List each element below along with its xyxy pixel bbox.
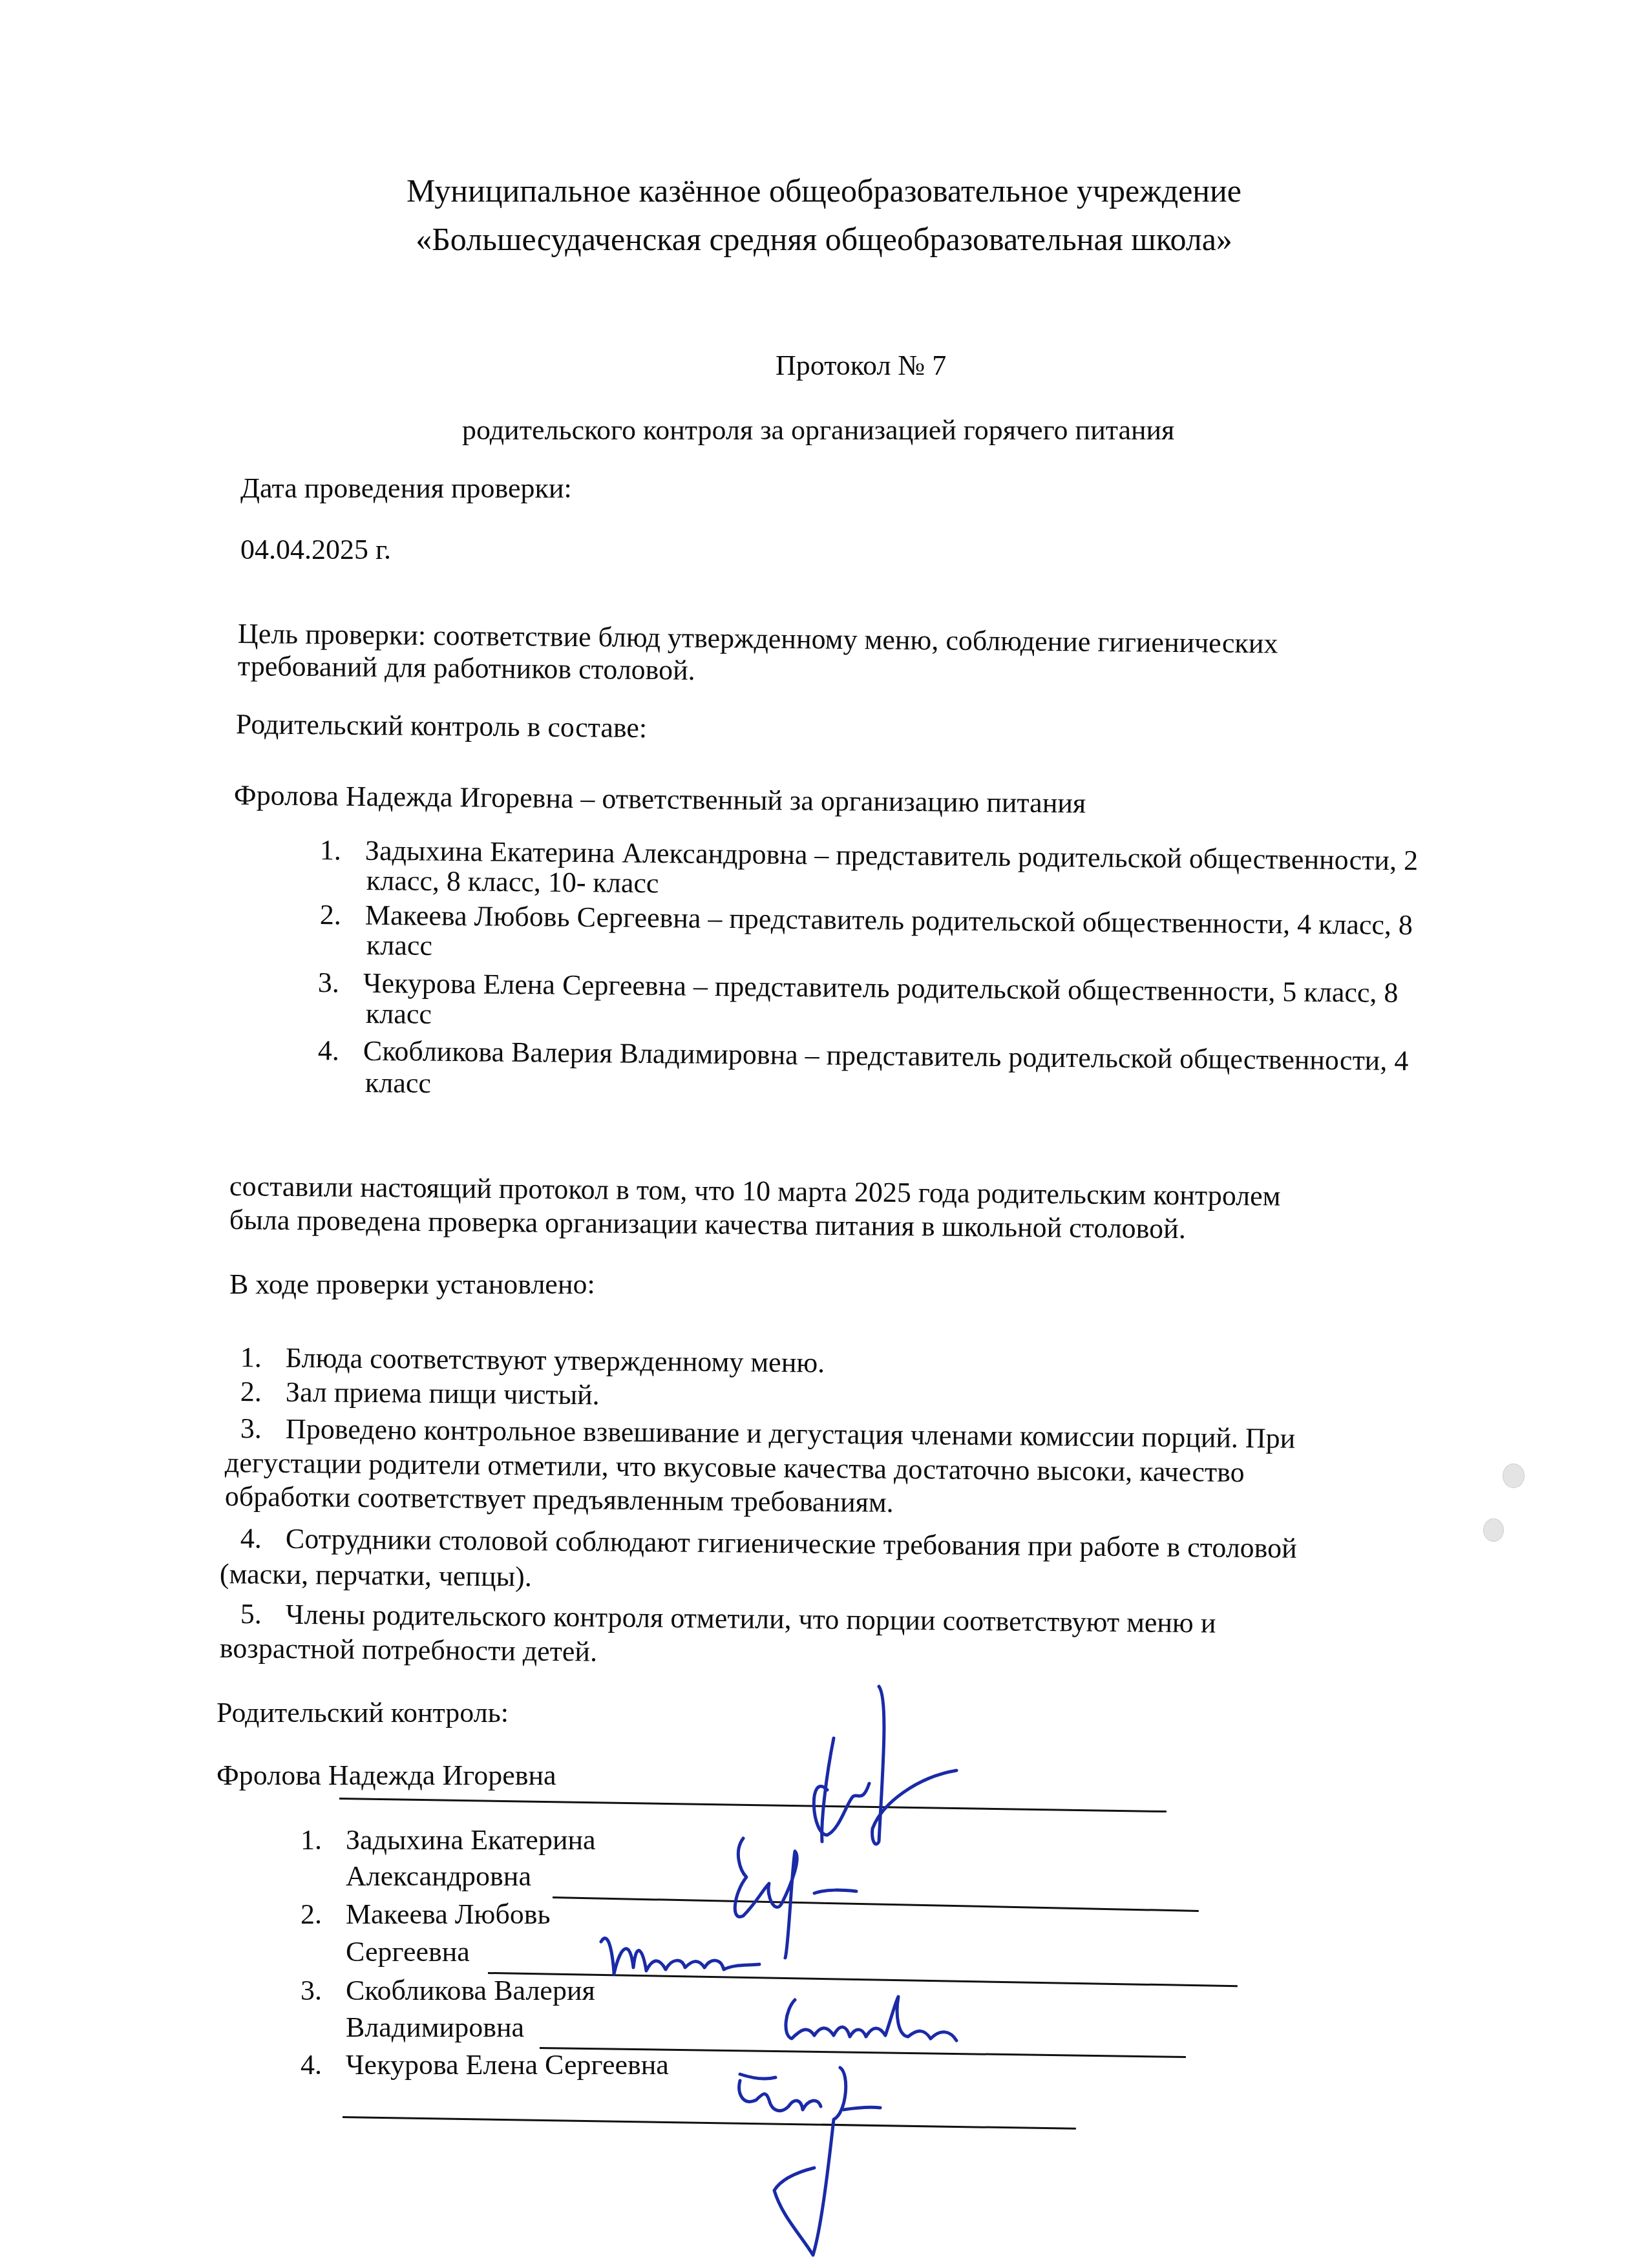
finding-item-2: 2.Зал приема пищи чистый. (240, 1375, 600, 1412)
responsible-person: Фролова Надежда Игоревна – ответственный… (234, 779, 1086, 821)
member-item-3: 3.Чекурова Елена Сергеевна – представите… (318, 966, 1399, 1010)
signature-line (343, 2116, 1076, 2130)
signer-name-4: 4.Чекурова Елена Сергеевна (301, 2048, 669, 2082)
handwritten-signature (782, 1990, 1015, 2055)
member-item-1-cont: класс, 8 класс, 10- класс (366, 864, 659, 900)
finding-item-5-cont: возрастной потребности детей. (220, 1632, 598, 1669)
scan-artifact (1503, 1464, 1525, 1488)
signer-name-3-cont: Владимировна (346, 2011, 524, 2044)
goal-line2: требований для работников столовой. (238, 649, 695, 688)
protocol-subtitle: родительского контроля за организацией г… (462, 414, 1174, 447)
member-item-3-cont: класс (366, 997, 432, 1031)
finding-item-3-cont2: обработки соответствует предъявленным тр… (225, 1480, 894, 1520)
signer-name-2: 2.Макеева Любовь (301, 1898, 551, 1931)
handwritten-signature (595, 1913, 788, 1984)
signer-name-2-cont: Сергеевна (346, 1935, 470, 1969)
signer-name-head: Фролова Надежда Игоревна (217, 1759, 556, 1792)
scan-artifact (1483, 1518, 1504, 1542)
date-label: Дата проведения проверки: (240, 472, 572, 505)
member-item-2: 2.Макеева Любовь Сергеевна – представите… (320, 898, 1413, 942)
member-item-4: 4.Скобликова Валерия Владимировна – пред… (318, 1034, 1409, 1078)
protocol-title: Протокол № 7 (776, 349, 946, 383)
member-item-4-cont: класс (365, 1066, 431, 1100)
member-item-2-cont: класс (366, 929, 432, 963)
findings-label: В ходе проверки установлено: (229, 1268, 595, 1301)
finding-item-1: 1.Блюда соответствуют утвержденному меню… (240, 1341, 825, 1380)
institution-name-line1: Муниципальное казённое общеобразовательн… (0, 171, 1648, 210)
handwritten-signature (730, 2061, 924, 2268)
signer-name-1-cont: Александровна (346, 1860, 531, 1893)
document-page: Муниципальное казённое общеобразовательн… (0, 0, 1648, 2268)
signer-name-3: 3.Скобликова Валерия (301, 1974, 595, 2008)
composition-label: Родительский контроль в составе: (236, 708, 648, 745)
institution-name-line2: «Большесудаченская средняя общеобразоват… (0, 220, 1648, 258)
signatures-label: Родительский контроль: (217, 1696, 509, 1730)
signer-name-1: 1.Задыхина Екатерина (301, 1823, 596, 1857)
finding-item-4-cont: (маски, перчатки, чепцы). (220, 1557, 532, 1594)
handwritten-signature (743, 1674, 1002, 1854)
date-value: 04.04.2025 г. (240, 533, 391, 567)
